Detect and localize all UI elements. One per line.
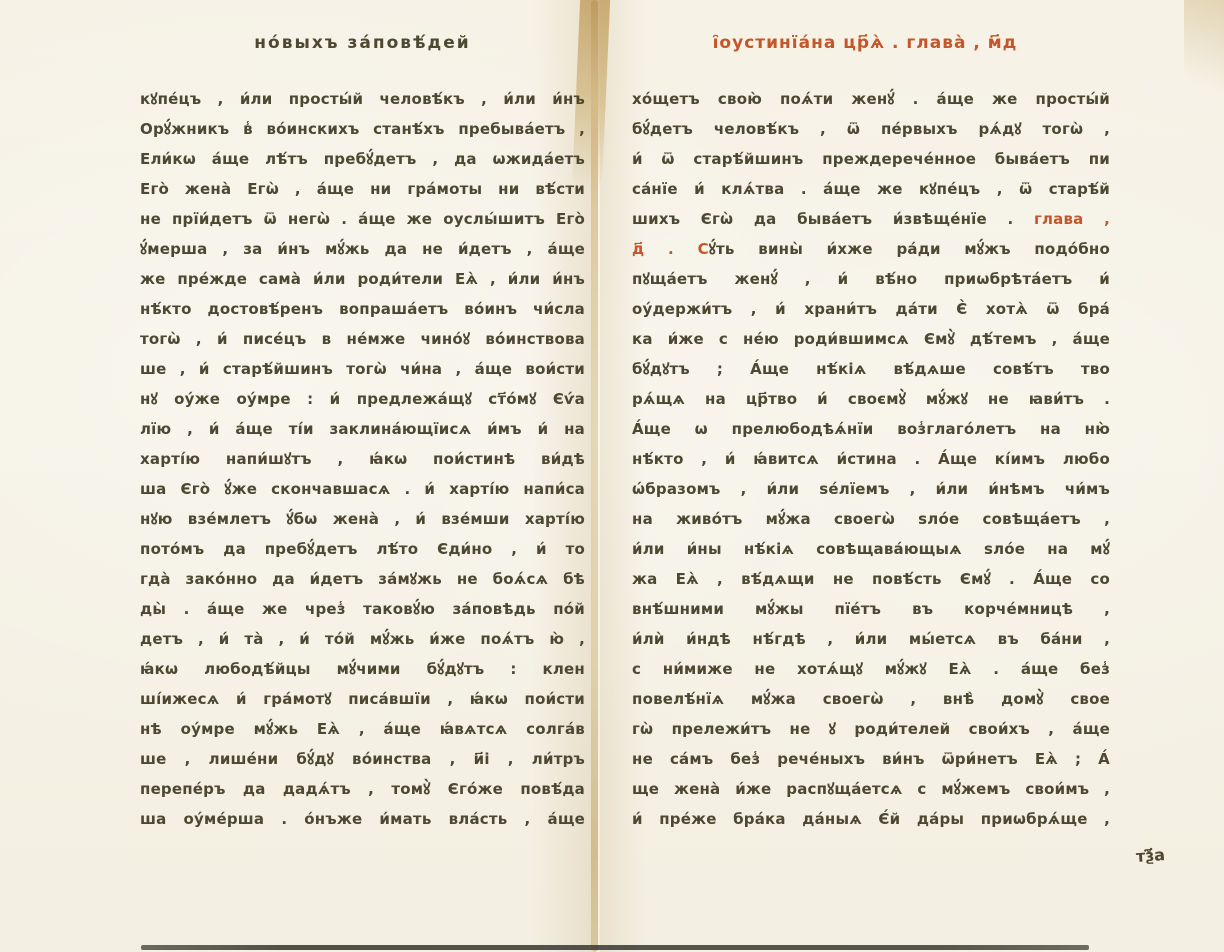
body-text: ѡ́бразомъ , и́ли ѕе́лїемъ , и́ли и́нѣмъ … xyxy=(632,480,1110,498)
body-text: оу́держи́тъ , и́ храни́тъ да́ти Є̀ хотѧ̀… xyxy=(632,300,1110,318)
text-line: ꙗ́кѡ любодѣ́йцы мꙋ́чими бꙋ́дꙋтъ : клен xyxy=(140,654,585,684)
body-text: с ни́миже не хотѧ́щꙋ мꙋ́жꙋ Еѧ̀ . а́ще бе… xyxy=(632,660,1110,678)
text-line: оу́держи́тъ , и́ храни́тъ да́ти Є̀ хотѧ̀… xyxy=(632,294,1110,324)
text-line: д҃ . Сꙋ́ть вины̀ и́хже ра́ди мꙋ́жъ подо́… xyxy=(632,234,1110,264)
body-text: внѣ́шними мꙋ́жы пїе́тъ въ корче́мницѣ , xyxy=(632,600,1110,618)
text-line: же пре́жде сама̀ и́ли роди́тели Еѧ̀ , и́… xyxy=(140,264,585,294)
text-line: Его̀ жена̀ Егѡ̀ , а́ще ни гра́моты ни вѣ… xyxy=(140,174,585,204)
text-line: шихъ Єгѡ̀ да быва́етъ и́звѣще́нїе . глав… xyxy=(632,204,1110,234)
body-text: шихъ Єгѡ̀ да быва́етъ и́звѣще́нїе . xyxy=(632,210,1034,228)
right-page-text-block: хо́щетъ свою̀ поѧ́ти женꙋ́ . а́ще же про… xyxy=(632,84,1110,834)
body-text: Его̀ жена̀ Егѡ̀ , а́ще ни гра́моты ни вѣ… xyxy=(140,180,585,198)
body-text: нѣ оу́мре мꙋ́жь Еѧ̀ , а́ще ꙗ́вѧтсѧ солга… xyxy=(140,720,585,738)
body-text: нѣ́кто достовѣ́ренъ вопраша́етъ во́инъ ч… xyxy=(140,300,585,318)
body-text: рѧ́щѧ на цр҃тво и́ своємꙋ̀ мꙋ́жꙋ не ꙗви́… xyxy=(632,390,1110,408)
text-line: и́ пре́же бра́ка да́ныѧ Є́й да́ры приѡбр… xyxy=(632,804,1110,834)
body-text: не прїи́детъ ѿ негѡ̀ . а́ще же оуслы́шит… xyxy=(140,210,585,228)
quire-signature: тѯ҃а xyxy=(1135,845,1165,866)
text-line: нѣ оу́мре мꙋ́жь Еѧ̀ , а́ще ꙗ́вѧтсѧ солга… xyxy=(140,714,585,744)
body-text: Орꙋ́жникъ в̾ во́инскихъ станѣ́хъ пребыва… xyxy=(140,120,585,138)
text-line: ще жена̀ и́же распꙋща́етсѧ с мꙋ́жемъ сво… xyxy=(632,774,1110,804)
text-line: Ели́кѡ а́ще лѣ́тъ пребꙋ́детъ , да ѡжида́… xyxy=(140,144,585,174)
body-text: бꙋ́детъ человѣ́къ , ѿ пе́рвыхъ рѧ́дꙋ тог… xyxy=(632,120,1110,138)
text-line: пото́мъ да пребꙋ́детъ лѣ́то Єди́но , и́ … xyxy=(140,534,585,564)
text-line: нꙋю взе́млетъ ꙋ́бѡ жена̀ , и́ взе́мши ха… xyxy=(140,504,585,534)
body-text: пото́мъ да пребꙋ́детъ лѣ́то Єди́но , и́ … xyxy=(140,540,585,558)
text-line: хо́щетъ свою̀ поѧ́ти женꙋ́ . а́ще же про… xyxy=(632,84,1110,114)
body-text: кꙋпе́цъ , и́ли просты́й человѣ́къ , и́ли… xyxy=(140,90,585,108)
body-text: гѡ̀ прележи́тъ не ꙋ роди́телей свои́хъ ,… xyxy=(632,720,1110,738)
text-line: повелѣ́нїѧ мꙋ́жа своегѡ̀ , внѣ̀ домꙋ̀ св… xyxy=(632,684,1110,714)
text-line: гда̀ зако́нно да и́детъ за́мꙋжь не боѧ́с… xyxy=(140,564,585,594)
body-text: ꙋ́мерша , за и́нъ мꙋ́жь да не и́детъ , а… xyxy=(140,240,585,258)
body-text: нѣ́кто , и́ ꙗ́витсѧ и́стина . А́ще кі́им… xyxy=(632,450,1110,468)
text-line: рѧ́щѧ на цр҃тво и́ своємꙋ̀ мꙋ́жꙋ не ꙗви́… xyxy=(632,384,1110,414)
body-text: жа Еѧ̀ , вѣ́дѧщи не повѣ́сть Ємꙋ́ . А́ще… xyxy=(632,570,1110,588)
body-text: ꙋ́ть вины̀ и́хже ра́ди мꙋ́жъ подо́бно xyxy=(709,240,1110,258)
body-text: тогѡ̀ , и́ писе́цъ в не́мже чино́ꙋ во́ин… xyxy=(140,330,585,348)
body-text: са́нїе и́ клѧ́тва . а́ще же кꙋпе́цъ , ѿ … xyxy=(632,180,1110,198)
body-text: детъ , и́ та̀ , и́ то́й мꙋ́жь и́же поѧ́т… xyxy=(140,630,585,648)
body-text: на живо́тъ мꙋ́жа своегѡ̀ ѕло́е совѣща́ет… xyxy=(632,510,1110,528)
body-text: ше , и́ старѣ́йшинъ тогѡ̀ чи́на , а́ще в… xyxy=(140,360,585,378)
text-line: не прїи́детъ ѿ негѡ̀ . а́ще же оуслы́шит… xyxy=(140,204,585,234)
body-text: бꙋ́дꙋтъ ; А́ще нѣ́кіѧ вѣ́дѧше совѣ́тъ тв… xyxy=(632,360,1110,378)
text-line: ша оу́ме́рша . о́нъже и́мать вла́сть , а… xyxy=(140,804,585,834)
text-line: жа Еѧ̀ , вѣ́дѧщи не повѣ́сть Ємꙋ́ . А́ще… xyxy=(632,564,1110,594)
body-text: повелѣ́нїѧ мꙋ́жа своегѡ̀ , внѣ̀ домꙋ̀ св… xyxy=(632,690,1110,708)
text-line: и́ ѿ старѣ́йшинъ преждерече́нное быва́ет… xyxy=(632,144,1110,174)
text-line: не са́мъ без̾ рече́ныхъ ви́нъ ѿри́нетъ Е… xyxy=(632,744,1110,774)
body-text: лїю , и́ а́ще ті́и заклина́ющїисѧ и́мъ и… xyxy=(140,420,585,438)
body-text: перепе́ръ да дадѧ́тъ , томꙋ̀ Єго́же повѣ… xyxy=(140,780,585,798)
body-text: ше , лише́ни бꙋ́дꙋ во́инства , и҃і , ли́… xyxy=(140,750,585,768)
scan-edge-artifact xyxy=(141,945,1089,950)
body-text: А́ще ѡ прелюбодѣѧ́нїи воз̾глаго́летъ на … xyxy=(632,420,1110,438)
body-text: Ели́кѡ а́ще лѣ́тъ пребꙋ́детъ , да ѡжида́… xyxy=(140,150,585,168)
text-line: ше , и́ старѣ́йшинъ тогѡ̀ чи́на , а́ще в… xyxy=(140,354,585,384)
text-line: и́ли и́ны нѣ́кіѧ совѣщава́ющыѧ ѕло́е на … xyxy=(632,534,1110,564)
text-line: ды̀ . а́ще же чрез̾ таковꙋ́ю за́повѣдь п… xyxy=(140,594,585,624)
text-line: и́лѝ и́ндѣ нѣ́гдѣ , и́ли мы́етсѧ въ ба́н… xyxy=(632,624,1110,654)
text-line: тогѡ̀ , и́ писе́цъ в не́мже чино́ꙋ во́ин… xyxy=(140,324,585,354)
text-line: А́ще ѡ прелюбодѣѧ́нїи воз̾глаго́летъ на … xyxy=(632,414,1110,444)
text-line: Орꙋ́жникъ в̾ во́инскихъ станѣ́хъ пребыва… xyxy=(140,114,585,144)
text-line: ꙋ́мерша , за и́нъ мꙋ́жь да не и́детъ , а… xyxy=(140,234,585,264)
body-text: ша оу́ме́рша . о́нъже и́мать вла́сть , а… xyxy=(140,810,585,828)
body-text: гда̀ зако́нно да и́детъ за́мꙋжь не боѧ́с… xyxy=(140,570,585,588)
left-running-head: но́выхъ за́повѣ́дей xyxy=(140,30,585,56)
body-text: нꙋ оу́же оу́мре : и́ предлежа́щꙋ ст҃о́мꙋ… xyxy=(140,390,585,408)
book-spread-scan: но́выхъ за́повѣ́дей і̑оустинїа́на цр҃ѧ̀ … xyxy=(0,0,1224,952)
text-line: перепе́ръ да дадѧ́тъ , томꙋ̀ Єго́же повѣ… xyxy=(140,774,585,804)
body-text: ка и́же с не́ю роди́вшимсѧ Ємꙋ̀ дѣ́темъ … xyxy=(632,330,1110,348)
text-line: ше , лише́ни бꙋ́дꙋ во́инства , и҃і , ли́… xyxy=(140,744,585,774)
rubric-text: глава , xyxy=(1034,210,1110,228)
text-line: ші́ижесѧ и́ гра́мотꙋ писа́вшїи , ꙗ́кѡ по… xyxy=(140,684,585,714)
body-text: ша Єго̀ ꙋ́же скончавшасѧ . и́ харті́ю на… xyxy=(140,480,585,498)
text-line: бꙋ́дꙋтъ ; А́ще нѣ́кіѧ вѣ́дѧше совѣ́тъ тв… xyxy=(632,354,1110,384)
text-line: харті́ю напи́шꙋтъ , ꙗ́кѡ пои́стинѣ ви́дѣ xyxy=(140,444,585,474)
text-line: лїю , и́ а́ще ті́и заклина́ющїисѧ и́мъ и… xyxy=(140,414,585,444)
body-text: харті́ю напи́шꙋтъ , ꙗ́кѡ пои́стинѣ ви́дѣ xyxy=(140,450,585,468)
text-line: ка и́же с не́ю роди́вшимсѧ Ємꙋ̀ дѣ́темъ … xyxy=(632,324,1110,354)
left-page-text-block: кꙋпе́цъ , и́ли просты́й человѣ́къ , и́ли… xyxy=(140,84,585,834)
text-line: пꙋща́етъ женꙋ́ , и́ вѣ́но приѡбрѣта́етъ … xyxy=(632,264,1110,294)
text-line: детъ , и́ та̀ , и́ то́й мꙋ́жь и́же поѧ́т… xyxy=(140,624,585,654)
body-text: и́ ѿ старѣ́йшинъ преждерече́нное быва́ет… xyxy=(632,150,1110,168)
body-text: ще жена̀ и́же распꙋща́етсѧ с мꙋ́жемъ сво… xyxy=(632,780,1110,798)
body-text: ды̀ . а́ще же чрез̾ таковꙋ́ю за́повѣдь п… xyxy=(140,600,585,618)
text-line: кꙋпе́цъ , и́ли просты́й человѣ́къ , и́ли… xyxy=(140,84,585,114)
body-text: и́ли и́ны нѣ́кіѧ совѣщава́ющыѧ ѕло́е на … xyxy=(632,540,1110,558)
text-line: гѡ̀ прележи́тъ не ꙋ роди́телей свои́хъ ,… xyxy=(632,714,1110,744)
rubric-text: д҃ . С xyxy=(632,240,709,258)
body-text: ꙗ́кѡ любодѣ́йцы мꙋ́чими бꙋ́дꙋтъ : клен xyxy=(140,660,585,678)
text-line: ша Єго̀ ꙋ́же скончавшасѧ . и́ харті́ю на… xyxy=(140,474,585,504)
text-line: нꙋ оу́же оу́мре : и́ предлежа́щꙋ ст҃о́мꙋ… xyxy=(140,384,585,414)
text-line: бꙋ́детъ человѣ́къ , ѿ пе́рвыхъ рѧ́дꙋ тог… xyxy=(632,114,1110,144)
text-line: нѣ́кто , и́ ꙗ́витсѧ и́стина . А́ще кі́им… xyxy=(632,444,1110,474)
body-text: и́лѝ и́ндѣ нѣ́гдѣ , и́ли мы́етсѧ въ ба́н… xyxy=(632,630,1110,648)
text-line: на живо́тъ мꙋ́жа своегѡ̀ ѕло́е совѣща́ет… xyxy=(632,504,1110,534)
page-corner-tint xyxy=(1184,0,1224,120)
body-text: пꙋща́етъ женꙋ́ , и́ вѣ́но приѡбрѣта́етъ … xyxy=(632,270,1110,288)
text-line: нѣ́кто достовѣ́ренъ вопраша́етъ во́инъ ч… xyxy=(140,294,585,324)
text-line: внѣ́шними мꙋ́жы пїе́тъ въ корче́мницѣ , xyxy=(632,594,1110,624)
text-line: ѡ́бразомъ , и́ли ѕе́лїемъ , и́ли и́нѣмъ … xyxy=(632,474,1110,504)
body-text: ші́ижесѧ и́ гра́мотꙋ писа́вшїи , ꙗ́кѡ по… xyxy=(140,690,585,708)
text-line: са́нїе и́ клѧ́тва . а́ще же кꙋпе́цъ , ѿ … xyxy=(632,174,1110,204)
right-running-head: і̑оустинїа́на цр҃ѧ̀ . глава̀ , м҃д xyxy=(640,30,1090,56)
body-text: не са́мъ без̾ рече́ныхъ ви́нъ ѿри́нетъ Е… xyxy=(632,750,1110,768)
body-text: нꙋю взе́млетъ ꙋ́бѡ жена̀ , и́ взе́мши ха… xyxy=(140,510,585,528)
body-text: и́ пре́же бра́ка да́ныѧ Є́й да́ры приѡбр… xyxy=(632,810,1110,828)
body-text: же пре́жде сама̀ и́ли роди́тели Еѧ̀ , и́… xyxy=(140,270,585,288)
body-text: хо́щетъ свою̀ поѧ́ти женꙋ́ . а́ще же про… xyxy=(632,90,1110,108)
text-line: с ни́миже не хотѧ́щꙋ мꙋ́жꙋ Еѧ̀ . а́ще бе… xyxy=(632,654,1110,684)
